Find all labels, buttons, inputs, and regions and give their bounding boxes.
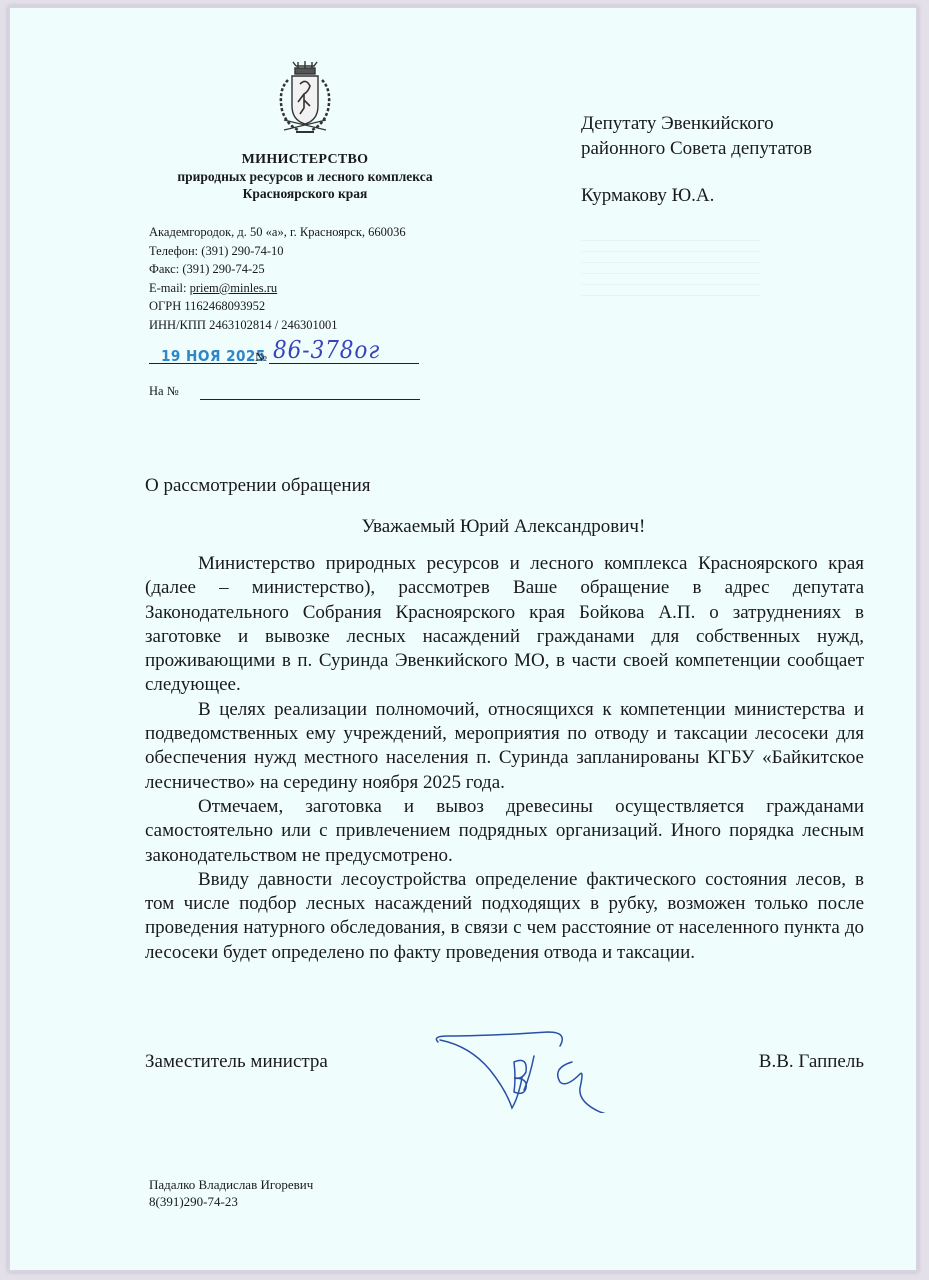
org-line-2: природных ресурсов и лесного комплекса: [145, 168, 465, 185]
ogrn: ОГРН 1162468093952: [149, 297, 406, 316]
ministry-name: МИНИСТЕРСТВО природных ресурсов и лесног…: [145, 151, 465, 202]
org-line-1: МИНИСТЕРСТВО: [145, 151, 465, 168]
executor-block: Падалко Владислав Игоревич 8(391)290-74-…: [149, 1176, 313, 1210]
email-link[interactable]: priem@minles.ru: [190, 281, 278, 295]
letter-greeting: Уважаемый Юрий Александрович!: [10, 516, 929, 538]
executor-phone: 8(391)290-74-23: [149, 1193, 313, 1210]
addressee-name: Курмакову Ю.А.: [581, 183, 812, 208]
email-label: E-mail:: [149, 281, 190, 295]
address: Академгородок, д. 50 «а», г. Красноярск,…: [149, 223, 406, 242]
addressee-block: Депутату Эвенкийского районного Совета д…: [581, 111, 812, 208]
paragraph: Министерство природных ресурсов и лесног…: [145, 552, 864, 698]
outgoing-number: 86-378ог: [273, 336, 380, 364]
redacted-address-area: [581, 236, 761, 306]
letter-subject: О рассмотрении обращения: [145, 475, 371, 497]
email-row: E-mail: priem@minles.ru: [149, 279, 406, 298]
fax: Факс: (391) 290-74-25: [149, 260, 406, 279]
signatory-name: В.В. Гаппель: [759, 1051, 864, 1073]
reply-to-underline: [200, 399, 420, 400]
coat-of-arms-icon: [274, 60, 336, 138]
reply-to-line: На №: [149, 384, 179, 399]
letter-page: МИНИСТЕРСТВО природных ресурсов и лесног…: [8, 6, 918, 1272]
paragraph: В целях реализации полномочий, относящих…: [145, 698, 864, 795]
registration-line: 19 НОЯ 2025 № 86-378ог: [149, 346, 419, 366]
ministry-contacts: Академгородок, д. 50 «а», г. Красноярск,…: [149, 223, 406, 335]
org-line-3: Красноярского края: [145, 185, 465, 202]
addressee-line-1: Депутату Эвенкийского: [581, 111, 812, 136]
paragraph: Отмечаем, заготовка и вывоз древесины ос…: [145, 795, 864, 868]
letter-body: Министерство природных ресурсов и лесног…: [145, 552, 864, 965]
number-sign: №: [255, 350, 267, 365]
paragraph: Ввиду давности лесоустройства определени…: [145, 868, 864, 965]
inn-kpp: ИНН/КПП 2463102814 / 246301001: [149, 316, 406, 335]
phone: Телефон: (391) 290-74-10: [149, 242, 406, 261]
handwritten-signature-icon: [430, 1028, 670, 1113]
date-stamp: 19 НОЯ 2025: [161, 347, 266, 365]
signatory-title: Заместитель министра: [145, 1051, 328, 1073]
executor-name: Падалко Владислав Игоревич: [149, 1176, 313, 1193]
reply-to-label: На №: [149, 384, 179, 398]
addressee-line-2: районного Совета депутатов: [581, 136, 812, 161]
